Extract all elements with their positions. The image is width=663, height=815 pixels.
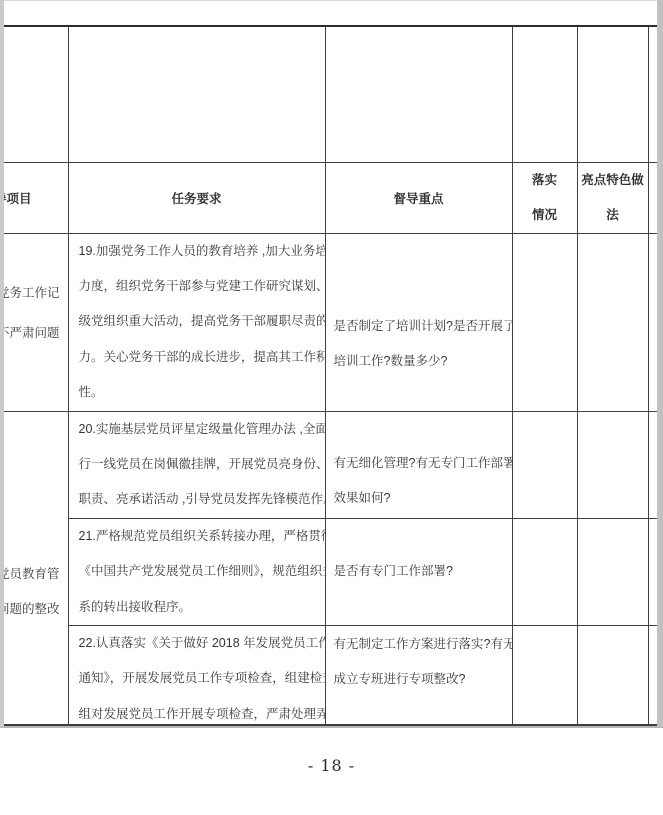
project-cell-empty bbox=[0, 26, 68, 162]
task-cell-21: 21.严格规范党员组织关系转接办理，严格贯彻《中国共产党发展党员工作细则》，规范… bbox=[68, 518, 325, 625]
table-row: 22.认真落实《关于做好 2018 年发展党员工作的通知》，开展发展党员工作专项… bbox=[0, 625, 663, 724]
text-line: 是否制定了培训计划?是否开展了 bbox=[334, 309, 512, 344]
status-cell-19 bbox=[512, 233, 577, 411]
text-line: 力。关心党务干部的成长进步，提高其工作积极 bbox=[79, 340, 325, 375]
text-line: 法 bbox=[578, 198, 648, 233]
task-cell-22: 22.认真落实《关于做好 2018 年发展党员工作的通知》，开展发展党员工作专项… bbox=[68, 625, 325, 724]
task-21-text: 21.严格规范党员组织关系转接办理，严格贯彻《中国共产党发展党员工作细则》，规范… bbox=[69, 519, 325, 625]
header-project: 导项目 bbox=[0, 162, 68, 233]
task-cell-19: 19.加强党务工作人员的教育培养 ,加大业务培训力度，组织党务干部参与党建工作研… bbox=[68, 233, 325, 411]
text-line: 是否有专门工作部署? bbox=[334, 554, 512, 589]
text-line: 效果如何? bbox=[334, 481, 512, 516]
header-task: 任务要求 bbox=[68, 162, 325, 233]
task-22-text: 22.认真落实《关于做好 2018 年发展党员工作的通知》，开展发展党员工作专项… bbox=[69, 626, 325, 724]
text-line: 组对发展党员工作开展专项检查，严肃处理弄虚 bbox=[79, 697, 325, 724]
table-row bbox=[0, 26, 663, 162]
text-line: 职责、亮承诺活动 ,引导党员发挥先锋模范作用。 bbox=[79, 482, 325, 517]
focus-cell-20: 有无细化管理?有无专门工作部署?效果如何? bbox=[325, 411, 512, 518]
text-line: 培训工作?数量多少? bbox=[334, 344, 512, 379]
text-line: 成立专班进行专项整改? bbox=[334, 662, 512, 697]
supervision-table-region: 导项目 任务要求 督导重点 落实情况 亮点特色做法 党务工作记不严肃问题 19.… bbox=[0, 25, 663, 724]
page-right-edge bbox=[657, 0, 663, 727]
header-status: 落实情况 bbox=[512, 162, 577, 233]
header-highlight: 亮点特色做法 bbox=[577, 162, 648, 233]
text-line: 亮点特色做 bbox=[578, 163, 648, 198]
group-2-label: 党员教育管问题的整改 bbox=[0, 557, 68, 627]
text-line: 不严肃问题 bbox=[0, 313, 68, 353]
task-20-text: 20.实施基层党员评星定级量化管理办法 ,全面推行一线党员在岗佩徽挂牌，开展党员… bbox=[69, 412, 325, 518]
text-line: 党务工作记 bbox=[0, 273, 68, 313]
status-cell-21 bbox=[512, 518, 577, 625]
task-cell-20: 20.实施基层党员评星定级量化管理办法 ,全面推行一线党员在岗佩徽挂牌，开展党员… bbox=[68, 411, 325, 518]
text-line: 情况 bbox=[513, 198, 577, 233]
text-line: 19.加强党务工作人员的教育培养 ,加大业务培训 bbox=[79, 234, 325, 269]
text-line: 通知》，开展发展党员工作专项检查，组建检查 bbox=[79, 661, 325, 696]
focus-22-text: 有无制定工作方案进行落实?有无成立专班进行专项整改? bbox=[326, 627, 512, 697]
header-focus: 督导重点 bbox=[325, 162, 512, 233]
text-line: 级党组织重大活动，提高党务干部履职尽责的能 bbox=[79, 304, 325, 339]
table-header-row: 导项目 任务要求 督导重点 落实情况 亮点特色做法 bbox=[0, 162, 663, 233]
table-row: 21.严格规范党员组织关系转接办理，严格贯彻《中国共产党发展党员工作细则》，规范… bbox=[0, 518, 663, 625]
focus-19-text: 是否制定了培训计划?是否开展了培训工作?数量多少? bbox=[326, 309, 512, 379]
focus-cell-21: 是否有专门工作部署? bbox=[325, 518, 512, 625]
status-cell-22 bbox=[512, 625, 577, 724]
text-line: 20.实施基层党员评星定级量化管理办法 ,全面推 bbox=[79, 412, 325, 447]
focus-21-text: 是否有专门工作部署? bbox=[326, 554, 512, 589]
table-row: 党务工作记不严肃问题 19.加强党务工作人员的教育培养 ,加大业务培训力度，组织… bbox=[0, 233, 663, 411]
text-line: 有无细化管理?有无专门工作部署? bbox=[334, 446, 512, 481]
supervision-table: 导项目 任务要求 督导重点 落实情况 亮点特色做法 党务工作记不严肃问题 19.… bbox=[0, 25, 663, 724]
focus-cell-19: 是否制定了培训计划?是否开展了培训工作?数量多少? bbox=[325, 233, 512, 411]
task-19-text: 19.加强党务工作人员的教育培养 ,加大业务培训力度，组织党务干部参与党建工作研… bbox=[69, 234, 325, 411]
text-line: 党员教育管 bbox=[0, 557, 68, 592]
highlight-cell-20 bbox=[577, 411, 648, 518]
highlight-cell-empty bbox=[577, 26, 648, 162]
task-cell-empty bbox=[68, 26, 325, 162]
text-line: 21.严格规范党员组织关系转接办理，严格贯彻 bbox=[79, 519, 325, 554]
text-line: 系的转出接收程序。 bbox=[79, 590, 325, 625]
text-line: 《中国共产党发展党员工作细则》，规范组织关 bbox=[79, 554, 325, 589]
header-project-label: 导项目 bbox=[0, 189, 32, 207]
text-line: 问题的整改 bbox=[0, 592, 68, 627]
text-line: 行一线党员在岗佩徽挂牌，开展党员亮身份、亮 bbox=[79, 447, 325, 482]
text-line: 有无制定工作方案进行落实?有无 bbox=[334, 627, 512, 662]
header-status-label: 落实情况 bbox=[513, 163, 577, 233]
page-number: - 18 - bbox=[0, 756, 663, 775]
highlight-cell-19 bbox=[577, 233, 648, 411]
text-line: 22.认真落实《关于做好 2018 年发展党员工作的 bbox=[79, 626, 325, 661]
focus-20-text: 有无细化管理?有无专门工作部署?效果如何? bbox=[326, 446, 512, 516]
text-line: 落实 bbox=[513, 163, 577, 198]
status-cell-20 bbox=[512, 411, 577, 518]
table-row: 党员教育管问题的整改 20.实施基层党员评星定级量化管理办法 ,全面推行一线党员… bbox=[0, 411, 663, 518]
header-highlight-label: 亮点特色做法 bbox=[578, 163, 648, 233]
image-bottom-edge bbox=[0, 726, 663, 728]
highlight-cell-22 bbox=[577, 625, 648, 724]
group-cell-1: 党务工作记不严肃问题 bbox=[0, 233, 68, 411]
text-line: 性。 bbox=[79, 375, 325, 410]
focus-cell-empty bbox=[325, 26, 512, 162]
group-1-label: 党务工作记不严肃问题 bbox=[0, 273, 68, 353]
highlight-cell-21 bbox=[577, 518, 648, 625]
group-cell-2: 党员教育管问题的整改 bbox=[0, 411, 68, 724]
focus-cell-22: 有无制定工作方案进行落实?有无成立专班进行专项整改? bbox=[325, 625, 512, 724]
document-page: 导项目 任务要求 督导重点 落实情况 亮点特色做法 党务工作记不严肃问题 19.… bbox=[0, 0, 663, 815]
image-top-edge bbox=[0, 0, 663, 1]
page-left-edge bbox=[0, 0, 4, 727]
status-cell-empty bbox=[512, 26, 577, 162]
text-line: 力度，组织党务干部参与党建工作研究谋划、上 bbox=[79, 269, 325, 304]
